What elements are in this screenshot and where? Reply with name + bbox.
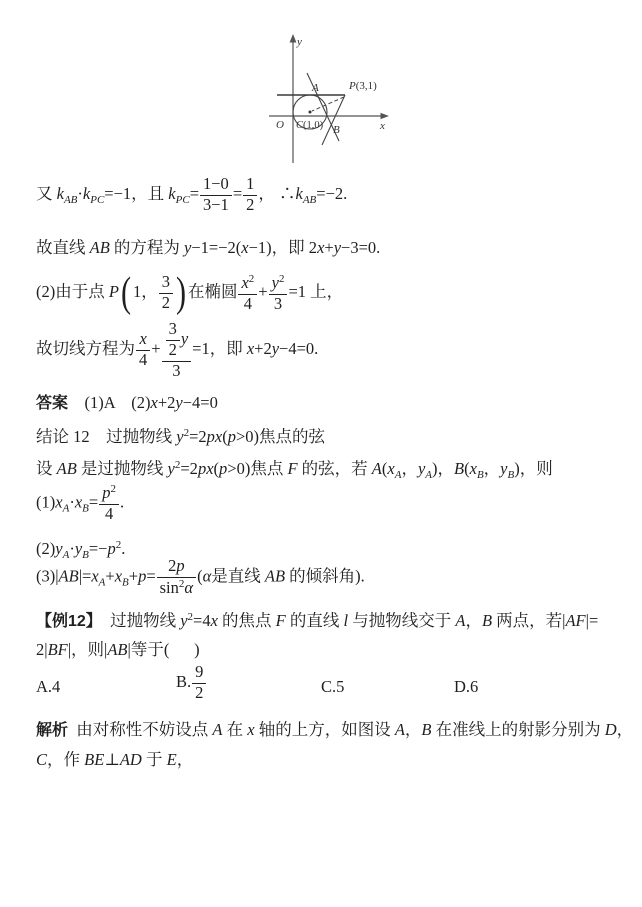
option-b: B.92 [176, 663, 207, 703]
point-p-on-ellipse: (2)由于点 P(1，32)在椭圆x24+y23=1 上， [36, 270, 343, 316]
geometry-figure: y x O A B P(3,1) C(1,0) [265, 33, 395, 165]
answer-options: A.4B.92C.5D.6 [36, 663, 596, 713]
option-d: D.6 [454, 676, 478, 697]
fraction: 32y3 [162, 320, 192, 381]
tangent-line-equation: 故切线方程为x4+32y3=1，即 x+2y−4=0. [36, 320, 318, 381]
fraction: 2psin2α [157, 557, 196, 598]
line-ab-equation: 故直线 AB 的方程为 y−1=−2(x−1)，即 2x+y−3=0. [36, 237, 380, 258]
section-heading: 解析 [36, 722, 68, 739]
origin-label: O [276, 119, 284, 131]
example-12-line2: 2|BF|，则|AB|等于( ) [36, 639, 200, 660]
fraction: p24 [99, 483, 119, 524]
answer-line: 答案 (1)A (2)x+2y−4=0 [36, 392, 218, 414]
section-heading: 【例12】 [36, 613, 102, 630]
fraction: 32 [166, 320, 180, 360]
kab-kpc-derivation: 又 kAB·kPC=−1，且 kPC=1−03−1=12， ∴kAB=−2. [36, 175, 347, 215]
fraction: 1−03−1 [200, 175, 232, 215]
fraction: 12 [243, 175, 257, 215]
analysis-line1: 解析 由对称性不妨设点 A 在 x 轴的上方，如图设 A，B 在准线上的射影分别… [36, 719, 633, 741]
conclusion-12-heading: 结论 12 过抛物线 y2=2px(p>0)焦点的弦 [36, 423, 325, 447]
fraction: 32 [159, 273, 173, 313]
x-axis-arrow-icon [381, 113, 390, 119]
y-axis-arrow-icon [290, 34, 297, 43]
point-b-label: B [333, 124, 340, 136]
point-a-label: A [311, 82, 319, 94]
property-1: (1)xA·xB=p24. [36, 483, 124, 524]
big-paren: ( [121, 270, 131, 316]
chord-setup: 设 AB 是过抛物线 y2=2px(p>0)焦点 F 的弦，若 A(xA，yA)… [36, 455, 553, 486]
property-3: (3)|AB|=xA+xB+p=2psin2α(α是直线 AB 的倾斜角). [36, 557, 365, 598]
point-p-label: P(3,1) [348, 80, 377, 92]
fraction: 92 [192, 663, 206, 703]
example-12-line1: 【例12】 过抛物线 y2=4x 的焦点 F 的直线 l 与抛物线交于 A，B … [36, 607, 598, 632]
option-c: C.5 [321, 676, 344, 697]
fraction: y23 [269, 273, 288, 314]
fraction: x4 [136, 330, 150, 370]
x-axis-label: x [379, 120, 385, 132]
analysis-line2: C，作 BE⊥AD 于 E， [36, 749, 193, 770]
center-dot [309, 111, 312, 114]
center-c-label: C(1,0) [296, 120, 324, 131]
document-page: y x O A B P(3,1) C(1,0) 又 kAB·kPC=−1，且 k… [0, 0, 642, 907]
fraction: x24 [238, 273, 257, 314]
option-a: A.4 [36, 676, 60, 697]
section-heading: 答案 [36, 395, 68, 412]
y-axis-label: y [296, 36, 302, 48]
big-paren: ) [176, 270, 186, 316]
